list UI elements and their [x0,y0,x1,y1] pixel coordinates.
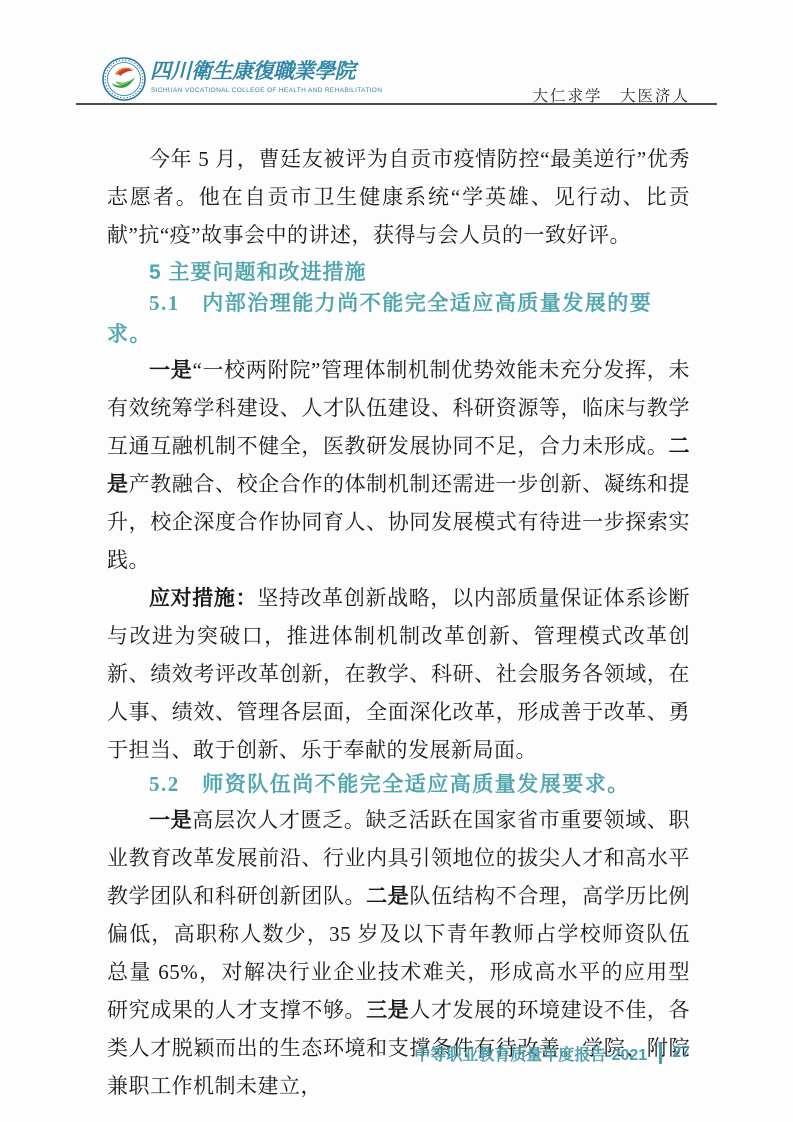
document-content: 今年 5 月，曹廷友被评为自贡市疫情防控“最美逆行”优秀志愿者。他在自贡市卫生健… [107,140,690,1105]
footer-report-title: 中等职业教育质量年度报告-2021 [414,1042,647,1065]
college-seal-icon [102,57,146,101]
footer-page-number: 27 [672,1044,690,1062]
bold-text-run: 5 主要问题和改进措施 [149,261,367,284]
paragraph-governance-problems: 一是“一校两附院”管理体制机制优势效能未充分发挥，未有效统筹学科建设、人才队伍建… [107,351,690,579]
bold-text-run: 三是 [366,998,409,1022]
bold-text-run: 应对措施： [149,586,257,610]
document-footer: 中等职业教育质量年度报告-2021 27 [414,1040,690,1066]
college-name-zh: 四川衛生康復職業學院 [150,55,355,85]
college-name-en: SICHUAN VOCATIONAL COLLEGE OF HEALTH AND… [151,87,382,94]
section-heading-5-2: 5.2 师资队伍尚不能完全适应高质量发展要求。 [107,769,690,800]
paragraph-governance-measures: 应对措施：坚持改革创新战略，以内部质量保证体系诊断与改进为突破口，推进体制机制改… [107,579,690,769]
header-rule [76,103,717,105]
bold-text-run: 5.1 内部治理能力尚不能完全适应高质量发展的要求。 [107,291,652,346]
bold-text-run: 一是 [149,358,192,382]
paragraph-volunteer-award: 今年 5 月，曹廷友被评为自贡市疫情防控“最美逆行”优秀志愿者。他在自贡市卫生健… [107,140,690,254]
text-run: 产教融合、校企合作的体制机制还需进一步创新、凝练和提升，校企深度合作协同育人、协… [107,472,690,572]
bold-text-run: 二是 [366,884,409,908]
document-page: 四川衛生康復職業學院 SICHUAN VOCATIONAL COLLEGE OF… [0,0,793,1122]
section-heading-5-1: 5.1 内部治理能力尚不能完全适应高质量发展的要求。 [107,288,690,350]
chapter-heading-5: 5 主要问题和改进措施 [107,257,690,288]
bold-text-run: 一是 [149,808,192,832]
text-run: 今年 5 月，曹廷友被评为自贡市疫情防控“最美逆行”优秀志愿者。他在自贡市卫生健… [107,147,690,247]
text-run: 坚持改革创新战略，以内部质量保证体系诊断与改进为突破口，推进体制机制改革创新、管… [107,586,690,762]
bold-text-run: 5.2 师资队伍尚不能完全适应高质量发展要求。 [149,772,630,796]
text-run: “一校两附院”管理体制机制优势效能未充分发挥，未有效统筹学科建设、人才队伍建设、… [107,358,690,458]
document-header: 四川衛生康復職業學院 SICHUAN VOCATIONAL COLLEGE OF… [0,0,793,110]
footer-separator [659,1042,662,1064]
